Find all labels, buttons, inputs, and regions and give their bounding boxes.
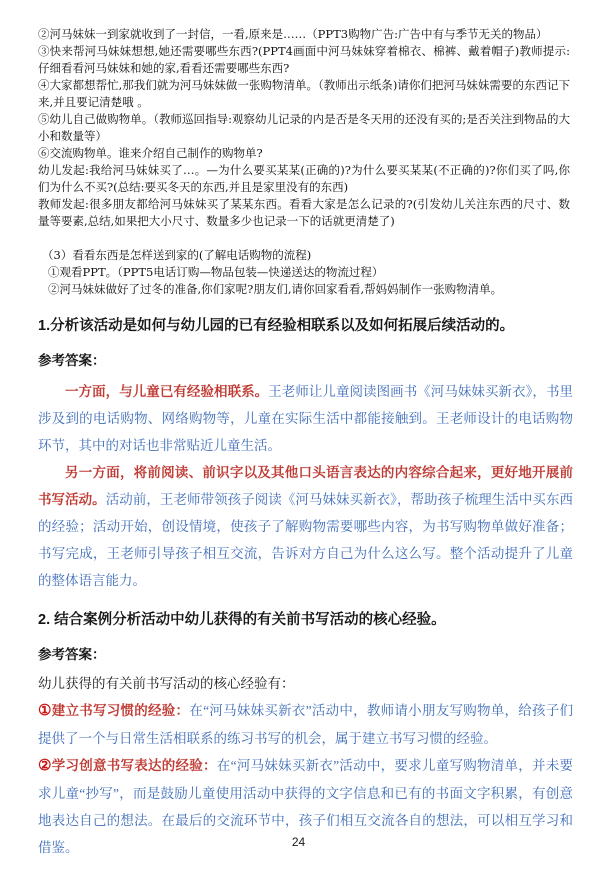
transcript-line: ⑥交流购物单。谁来介绍自己制作的购物单?: [38, 145, 570, 162]
answer-body: 活动前，王老师带领孩子阅读《河马妹妹买新衣》，帮助孩子梳理生活中买东西的经验；活…: [38, 492, 573, 588]
transcript-line: ②河马妹妹做好了过冬的准备,你们家呢?朋友们,请你回家看看,帮妈妈制作一张购物清…: [38, 281, 570, 298]
answer-1: 一方面，与儿童已有经验相联系。王老师让儿童阅读图画书《河马妹妹买新衣》，书里涉及…: [38, 378, 573, 594]
transcript-line: 教师发起:很多朋友都给河马妹妹买了某某东西。看看大家是怎么记录的?(引发幼儿关注…: [38, 196, 570, 230]
point-lead: 学习创意书写表达的经验：: [52, 758, 217, 773]
answer-lead: 一方面，与儿童已有经验相联系。: [65, 384, 268, 399]
answer-paragraph: 另一方面，将前阅读、前识字以及其他口头语言表达的内容综合起来，更好地开展前书写活…: [38, 459, 573, 594]
transcript-line: （3）看看东西是怎样送到家的(了解电话购物的流程): [38, 247, 570, 264]
answer-point: ①建立书写习惯的经验：在“河马妹妹买新衣”活动中，教师请小朋友写购物单，给孩子们…: [38, 697, 573, 752]
transcript-line: ④大家都想帮忙,那我们就为河马妹妹做一张购物清单。（教师出示纸条)请你们把河马妹…: [38, 77, 570, 111]
transcript-line: ①观看PPT。（PPT5电话订购—物品包装—快递送达的物流过程）: [38, 264, 570, 281]
point-marker: ①: [38, 703, 52, 719]
transcript-line: ③快来帮河马妹妹想想,她还需要哪些东西?(PPT4画面中河马妹妹穿着棉衣、棉裤、…: [38, 43, 570, 77]
point-marker: ②: [38, 758, 52, 774]
answer-2-intro: 幼儿获得的有关前书写活动的核心经验有：: [38, 670, 573, 697]
transcript-line: 幼儿发起:我给河马妹妹买了…。—为什么要买某某(正确的)?为什么要买某某(不正确…: [38, 162, 570, 196]
answer-label-2: 参考答案：: [38, 646, 573, 664]
answer-label-1: 参考答案：: [38, 352, 573, 370]
page-number: 24: [0, 835, 597, 849]
answer-paragraph: 一方面，与儿童已有经验相联系。王老师让儿童阅读图画书《河马妹妹买新衣》，书里涉及…: [38, 378, 573, 459]
transcript-line: ②河马妹妹一到家就收到了一封信，一看,原来是……（PPT3购物广告:广告中有与季…: [38, 26, 570, 43]
question-2-heading: 2. 结合案例分析活动中幼儿获得的有关前书写活动的核心经验。: [38, 610, 573, 630]
document-page: ②河马妹妹一到家就收到了一封信，一看,原来是……（PPT3购物广告:广告中有与季…: [0, 0, 597, 869]
lesson-transcript: ②河马妹妹一到家就收到了一封信，一看,原来是……（PPT3购物广告:广告中有与季…: [38, 26, 570, 298]
point-lead: 建立书写习惯的经验：: [52, 703, 190, 718]
transcript-line: ⑤幼儿自己做购物单。（教师巡回指导:观察幼儿记录的内是否是冬天用的还没有买的;是…: [38, 111, 570, 145]
transcript-blank-line: [38, 230, 570, 247]
question-1-heading: 1.分析该活动是如何与幼儿园的已有经验相联系以及如何拓展后续活动的。: [38, 316, 573, 336]
